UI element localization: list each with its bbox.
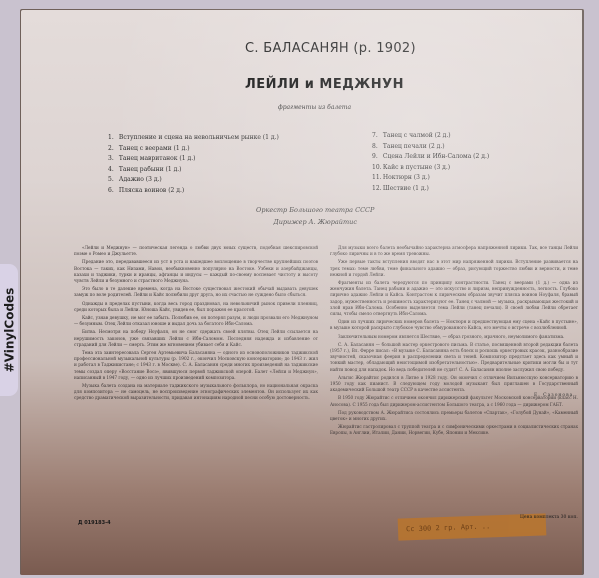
track-title: Танец с чалмой (2 д.): [381, 132, 451, 139]
track-title: Танец печали (2 д.): [381, 143, 445, 150]
liner-paragraph: Фрагменты из балета чередуются по принци…: [330, 280, 578, 317]
track-title: Шествие (1 д.): [381, 185, 429, 192]
track-item: 8. Танец печали (2 д.): [372, 142, 489, 153]
liner-paragraph: Альгис Жюрайтис родился в Литве в 1928 г…: [330, 375, 578, 394]
liner-paragraph: Жюрайтис гастролировал с труппой театра …: [330, 424, 578, 436]
liner-notes-right: Для музыки всего балета необычайно харак…: [330, 245, 578, 439]
liner-paragraph: Тема эта заинтересовала Сергея Артемьеви…: [74, 350, 318, 381]
liner-paragraph: Предание это, передававшееся из уст в ус…: [74, 259, 318, 284]
liner-paragraph: С. А. Баласанян — большой мастер оркестр…: [330, 342, 578, 373]
price-label: Цена комплекта 30 коп.: [520, 515, 578, 520]
liner-paragraph: Под руководством А. Жюрайтиса состоялись…: [330, 410, 578, 422]
track-number: 9.: [372, 152, 381, 163]
liner-paragraph: Музыка балета создана на материале таджи…: [74, 383, 318, 402]
tracklist-side-2: 7. Танец с чалмой (2 д.)8. Танец печали …: [372, 131, 489, 194]
album-subtitle: фрагменты из балета: [278, 104, 351, 111]
liner-paragraph: Заключительным номером является Шествие,…: [330, 334, 578, 340]
track-title: Кайс в пустыне (3 д.): [381, 164, 450, 171]
track-item: 9. Сцена Лейли и Ибн-Салома (2 д.): [372, 152, 489, 163]
track-number: 3.: [108, 154, 117, 165]
track-number: 2.: [108, 144, 117, 155]
liner-paragraph: Для музыки всего балета необычайно харак…: [330, 245, 578, 257]
tracklist-side-1: 1. Вступление и сцена на невольничьем ры…: [108, 133, 279, 196]
liner-notes-left: «Лейли и Меджнун» — поэтическая легенда …: [74, 245, 318, 404]
track-item: 5. Адажио (3 д.): [108, 175, 279, 186]
track-title: Танец рабыни (1 д.): [117, 166, 182, 173]
track-item: 2. Танец с веерами (1 д.): [108, 144, 279, 155]
track-number: 6.: [108, 186, 117, 197]
track-item: 7. Танец с чалмой (2 д.): [372, 131, 489, 142]
track-number: 10.: [372, 163, 381, 174]
catalog-number: Д 019183-4: [78, 520, 111, 526]
track-item: 6. Пляска воинов (2 д.): [108, 186, 279, 197]
conductor-credit: Дирижер А. Жюрайтис: [256, 216, 374, 228]
track-item: 3. Танец мавританок (1 д.): [108, 154, 279, 165]
liner-paragraph: «Лейли и Меджнун» — поэтическая легенда …: [74, 245, 318, 257]
liner-paragraph: Однажды в пределах пустыни, когда весь г…: [74, 301, 318, 313]
notes-author: Е. Сазонова: [534, 393, 573, 398]
track-title: Адажио (3 д.): [117, 176, 162, 183]
watermark-text: #VinylCodes: [2, 288, 16, 373]
liner-paragraph: Уже первые такты вступления вводят нас в…: [330, 259, 578, 278]
track-title: Сцена Лейли и Ибн-Салома (2 д.): [381, 153, 489, 160]
track-item: 1. Вступление и сцена на невольничьем ры…: [108, 133, 279, 144]
track-title: Танец с веерами (1 д.): [117, 145, 190, 152]
watermark-badge: #VinylCodes: [0, 264, 18, 396]
track-title: Пляска воинов (2 д.): [117, 187, 184, 194]
track-number: 12.: [372, 184, 381, 195]
liner-paragraph: Это было в те далекие времена, когда на …: [74, 286, 318, 298]
track-title: Танец мавританок (1 д.): [117, 155, 195, 162]
track-number: 4.: [108, 165, 117, 176]
liner-paragraph: Кайс, узнав девушку, не мог ее забыть. П…: [74, 315, 318, 327]
track-number: 5.: [108, 175, 117, 186]
track-item: 11. Ноктюрн (3 д.): [372, 173, 489, 184]
track-number: 11.: [372, 173, 381, 184]
track-number: 7.: [372, 131, 381, 142]
orchestra-credit: Оркестр Большого театра СССР: [256, 204, 374, 216]
liner-paragraph: Битва. Несмотря на победу Ноуфаля, он не…: [74, 329, 318, 348]
track-number: 1.: [108, 133, 117, 144]
track-title: Вступление и сцена на невольничьем рынке…: [117, 134, 279, 141]
track-item: 4. Танец рабыни (1 д.): [108, 165, 279, 176]
composer-name: С. БАЛАСАНЯН (р. 1902): [245, 41, 416, 56]
track-item: 12. Шествие (1 д.): [372, 184, 489, 195]
track-number: 8.: [372, 142, 381, 153]
track-title: Ноктюрн (3 д.): [381, 174, 430, 181]
track-item: 10. Кайс в пустыне (3 д.): [372, 163, 489, 174]
performer-credits: Оркестр Большого театра СССР Дирижер А. …: [256, 204, 374, 228]
album-title: ЛЕЙЛИ и МЕДЖНУН: [245, 77, 404, 92]
record-sleeve-back: С. БАЛАСАНЯН (р. 1902) ЛЕЙЛИ и МЕДЖНУН ф…: [20, 9, 584, 575]
liner-paragraph: Один из лучших лирических номеров балета…: [330, 319, 578, 331]
